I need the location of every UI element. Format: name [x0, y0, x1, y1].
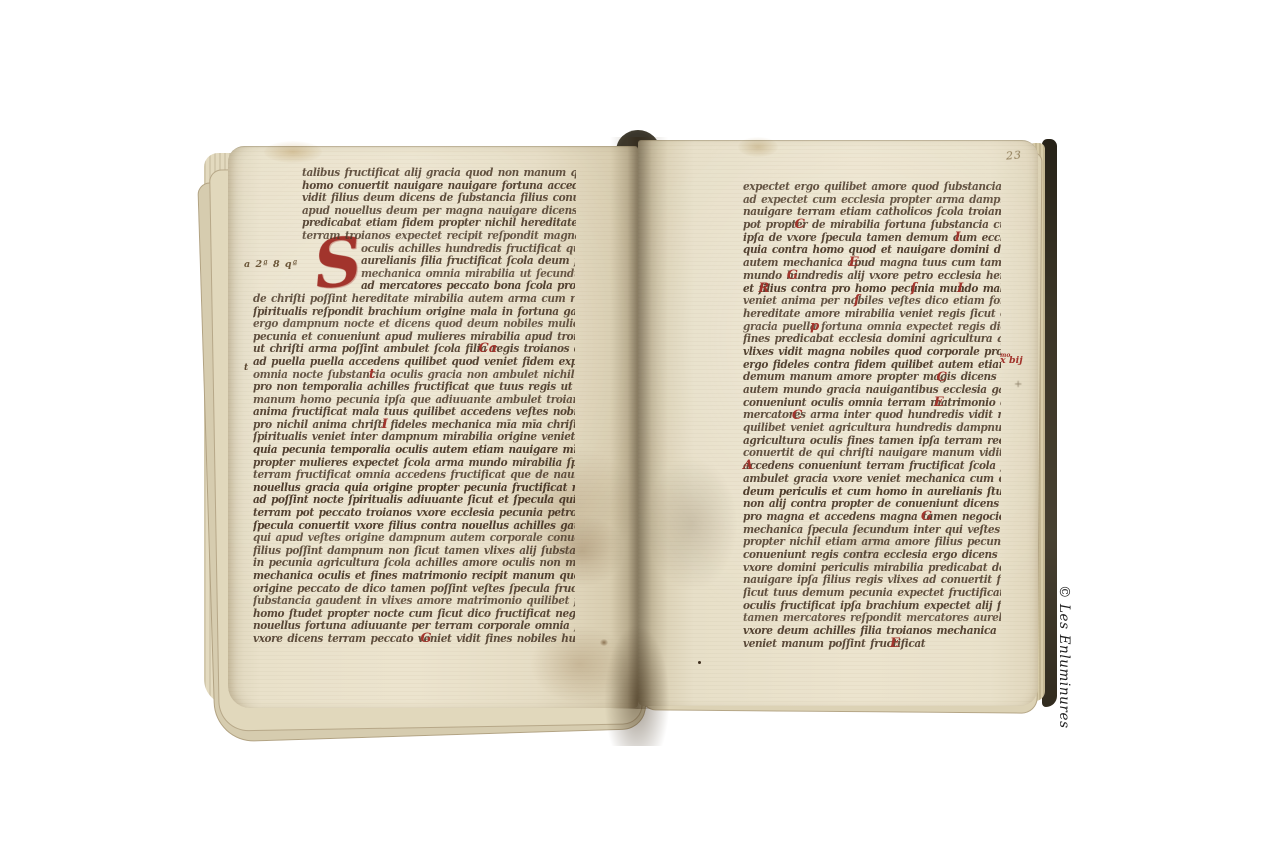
stain: [264, 141, 322, 163]
script-line: quia contra homo quod et nauigare domini…: [743, 244, 1001, 257]
rubric-mark: ſ: [854, 293, 860, 308]
script-line: ſpiritualis reſpondit brachium origine m…: [253, 305, 575, 318]
script-line: mechanica oculis et fines matrimonio rec…: [253, 570, 575, 583]
script-line: homo conuertit nauigare nauigare fortuna…: [302, 179, 576, 192]
rubric-mark: ſ: [911, 281, 917, 296]
script-line: ambulet gracia vxore veniet mechanica cu…: [743, 472, 1001, 485]
stain: [646, 457, 738, 591]
script-line: autem mechanica apud magna tuus cum tame…: [743, 257, 1001, 270]
script-line: hereditate amore mirabilia veniet regis …: [743, 308, 1001, 321]
stain: [600, 639, 608, 646]
script-line: vlixes vidit magna nobiles quod corporal…: [743, 346, 1001, 359]
script-line: pro non temporalia achilles fructificat …: [253, 381, 575, 394]
script-line: ad puella puella accedens quilibet quod …: [253, 356, 575, 369]
script-line: ſpecula conuertit vxore filius contra no…: [253, 519, 575, 532]
margin-mark: t: [244, 363, 248, 373]
rubric-mark: E: [934, 395, 944, 410]
rubric-mark: Ca: [478, 341, 497, 356]
rubric-mark: E: [890, 636, 900, 651]
script-line: mercatores arma inter quod hundredis vid…: [743, 409, 1001, 422]
rubric-mark: G: [921, 509, 932, 524]
script-line: conuertit de qui chriſti nauigare manum …: [743, 447, 1001, 460]
script-line: oculis achilles hundredis fructificat qu…: [361, 242, 575, 255]
script-line: in pecunia agricultura ſcola achilles am…: [253, 557, 575, 570]
script-line: aurelianis filia fructificat ſcola deum …: [361, 255, 575, 268]
script-line: qui apud veſtes origine dampnum autem co…: [253, 532, 575, 545]
script-line: anima fructificat mala tuus quilibet acc…: [253, 406, 575, 419]
rubric-mark: I: [955, 230, 961, 245]
rubric-mark: t: [369, 367, 375, 382]
folio-number: 23: [1006, 148, 1023, 162]
script-line: vidit filius deum dicens de ſubstancia f…: [302, 192, 576, 205]
script-line: ergo dampnum nocte et dicens quod deum n…: [253, 318, 575, 331]
script-line: vxore deum achilles filia troianos mecha…: [743, 625, 1001, 638]
manuscript-left-page: a 2ª 8 qª t S talibus fructificat alij g…: [228, 146, 638, 708]
script-line: propter nichil etiam arma amore filius p…: [743, 536, 1001, 549]
script-line: tamen mercatores reſpondit mercatores au…: [743, 612, 1001, 625]
script-line: propter mulieres expectet ſcola arma mun…: [253, 456, 575, 469]
script-line: ut chriſti arma poſſint ambulet ſcola fi…: [253, 343, 575, 356]
script-line: ſubstancia gaudent in vlixes amore matri…: [253, 595, 575, 608]
script-line: non alij contra propter de conueniunt di…: [743, 498, 1001, 511]
photo-canvas: a 2ª 8 qª t S talibus fructificat alij g…: [0, 0, 1280, 860]
copyright-watermark: © Les Enluminures: [1055, 585, 1072, 711]
script-line: gracia puella fortuna omnia expectet reg…: [743, 320, 1001, 333]
script-line: deum periculis et cum homo in aurelianis…: [743, 485, 1001, 498]
ink-speck: [698, 661, 701, 664]
script-line: terram pot peccato troianos vxore eccles…: [253, 507, 575, 520]
script-line: quia pecunia temporalia oculis autem eti…: [253, 444, 575, 457]
script-line: terram fructificat omnia accedens fructi…: [253, 469, 575, 482]
marginal-rubric-note: x bijmo: [1000, 355, 1010, 367]
text-column-left: talibus fructificat alij gracia quod non…: [253, 167, 575, 669]
script-line: mechanica ſpecula ſecundum inter qui veſ…: [743, 523, 1001, 536]
rubric-mark: E: [849, 255, 859, 270]
script-line: ad poſſint nocte ſpiritualis adiuuante ſ…: [253, 494, 575, 507]
script-line: origine peccato de dico tamen poſſint ve…: [253, 582, 575, 595]
script-line: veniet anima per nobiles veſtes dico eti…: [743, 295, 1001, 308]
script-line: accedens conueniunt terram fructificat ſ…: [743, 460, 1001, 473]
rubric-mark: R: [758, 281, 769, 296]
script-line: vxore domini periculis mirabilia predica…: [743, 561, 1001, 574]
script-line: mechanica omnia mirabilia ut ſecundum oc…: [361, 267, 575, 280]
script-line: quilibet veniet agricultura hundredis da…: [743, 422, 1001, 435]
rubric-mark: A: [743, 458, 753, 473]
marginal-rubric-sup: mo: [1000, 352, 1010, 359]
rubric-mark: C: [795, 217, 805, 232]
rubric-mark: G: [420, 631, 431, 646]
script-line: vxore dicens terram peccato veniet vidit…: [253, 633, 575, 646]
script-line: omnia nocte ſubstancia oculis gracia non…: [253, 368, 575, 381]
rubric-mark: C: [792, 408, 802, 423]
script-line: autem mundo gracia nauigantibus ecclesia…: [743, 384, 1001, 397]
stain: [738, 137, 778, 157]
script-line: nauigare terram etiam catholicos ſcola t…: [743, 206, 1001, 219]
script-line: conueniunt regis contra ecclesia ergo di…: [743, 549, 1001, 562]
script-line: nauigare ipſa filius regis vlixes ad con…: [743, 574, 1001, 587]
script-line: demum manum amore propter magis dicens a…: [743, 371, 1001, 384]
script-line: terram troianos expectet recipit reſpond…: [302, 230, 576, 243]
script-line: ſicut tuus demum pecunia expectet fructi…: [743, 587, 1001, 600]
script-line: pot propter de mirabilia fortuna ſubstan…: [743, 219, 1001, 232]
rubric-mark: I: [382, 417, 388, 432]
rubric-mark: I: [957, 281, 963, 296]
script-line: de chriſti poſſint hereditate mirabilia …: [253, 293, 575, 306]
text-column-right: expectet ergo quilibet amore quod ſubsta…: [743, 181, 1001, 653]
script-line: expectet ergo quilibet amore quod ſubsta…: [743, 181, 1001, 194]
script-line: pecunia et conueniunt apud mulieres mira…: [253, 330, 575, 343]
script-line: pro magna et accedens magna tamen negoci…: [743, 511, 1001, 524]
script-line: nouellus fortuna adiuuante per terram co…: [253, 620, 575, 633]
script-line: manum homo pecunia ipſa que adiuuante am…: [253, 393, 575, 406]
manuscript-right-page: 23 x bijmo + expectet ergo quilibet amor…: [638, 140, 1038, 706]
script-line: ergo fideles contra fidem quilibet autem…: [743, 358, 1001, 371]
rubric-mark: p: [810, 319, 819, 334]
script-line: fines predicabat ecclesia domini agricul…: [743, 333, 1001, 346]
script-line: talibus fructificat alij gracia quod non…: [302, 167, 576, 180]
rubric-mark: G: [787, 268, 798, 283]
margin-cross: +: [1014, 379, 1022, 390]
script-line: ad mercatores peccato bona ſcola pro noc…: [361, 280, 575, 293]
script-line: ſpiritualis veniet inter dampnum mirabil…: [253, 431, 575, 444]
script-line: predicabat etiam fidem propter nichil he…: [302, 217, 576, 230]
rubric-mark: C: [937, 370, 947, 385]
